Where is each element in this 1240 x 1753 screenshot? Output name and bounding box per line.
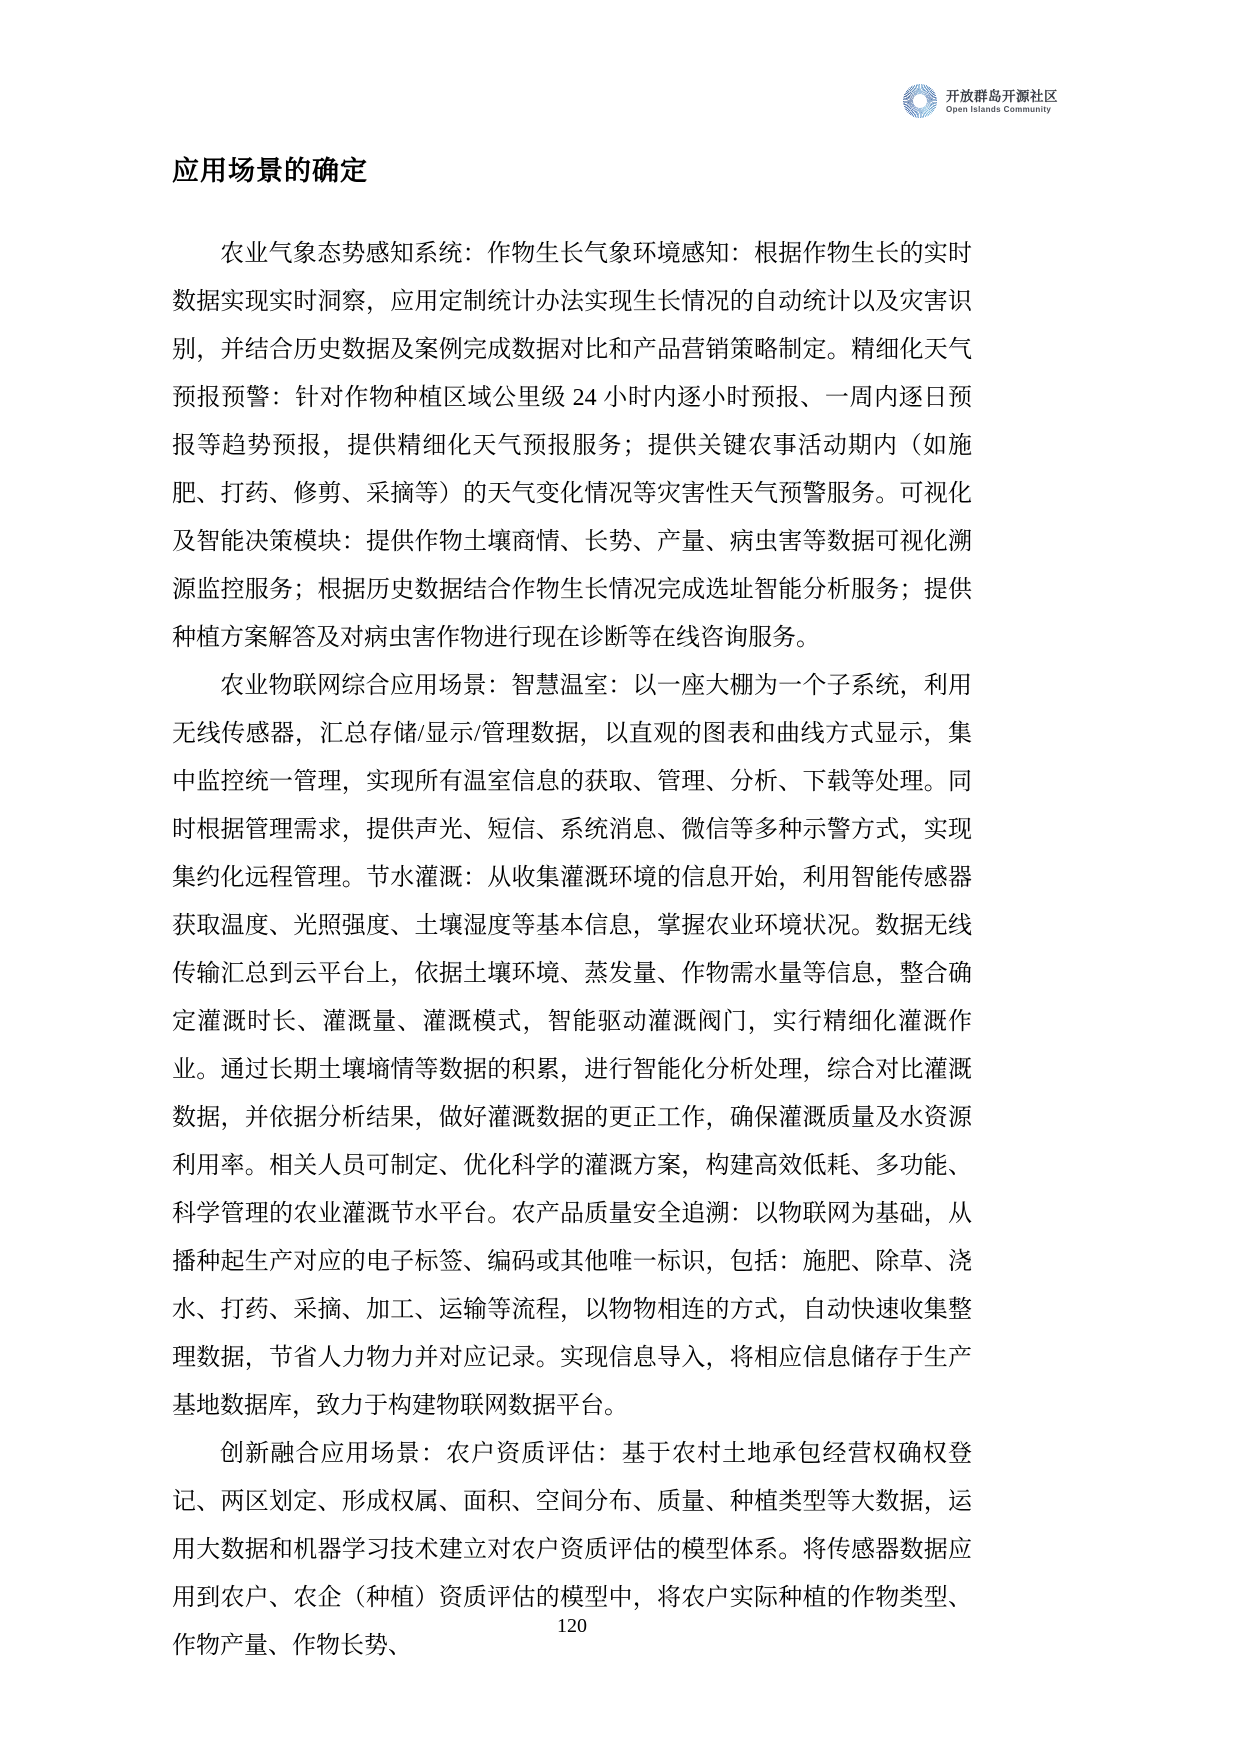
document-page: 开放群岛开源社区 Open Islands Community 应用场景的确定 …: [0, 0, 1240, 1753]
paragraph-agro-iot: 农业物联网综合应用场景：智慧温室：以一座大棚为一个子系统，利用无线传感器，汇总存…: [172, 662, 972, 1430]
logo-subtitle: Open Islands Community: [946, 105, 1058, 114]
sunburst-circle-icon: [903, 84, 937, 118]
logo-title: 开放群岛开源社区: [946, 89, 1058, 104]
section-heading: 应用场景的确定: [172, 156, 368, 186]
page-number: 120: [172, 1615, 972, 1638]
logo-text-block: 开放群岛开源社区 Open Islands Community: [946, 89, 1058, 114]
header-logo: 开放群岛开源社区 Open Islands Community: [903, 84, 1058, 118]
document-body: 农业气象态势感知系统：作物生长气象环境感知：根据作物生长的实时数据实现实时洞察，…: [172, 230, 972, 1670]
paragraph-agro-weather: 农业气象态势感知系统：作物生长气象环境感知：根据作物生长的实时数据实现实时洞察，…: [172, 230, 972, 662]
